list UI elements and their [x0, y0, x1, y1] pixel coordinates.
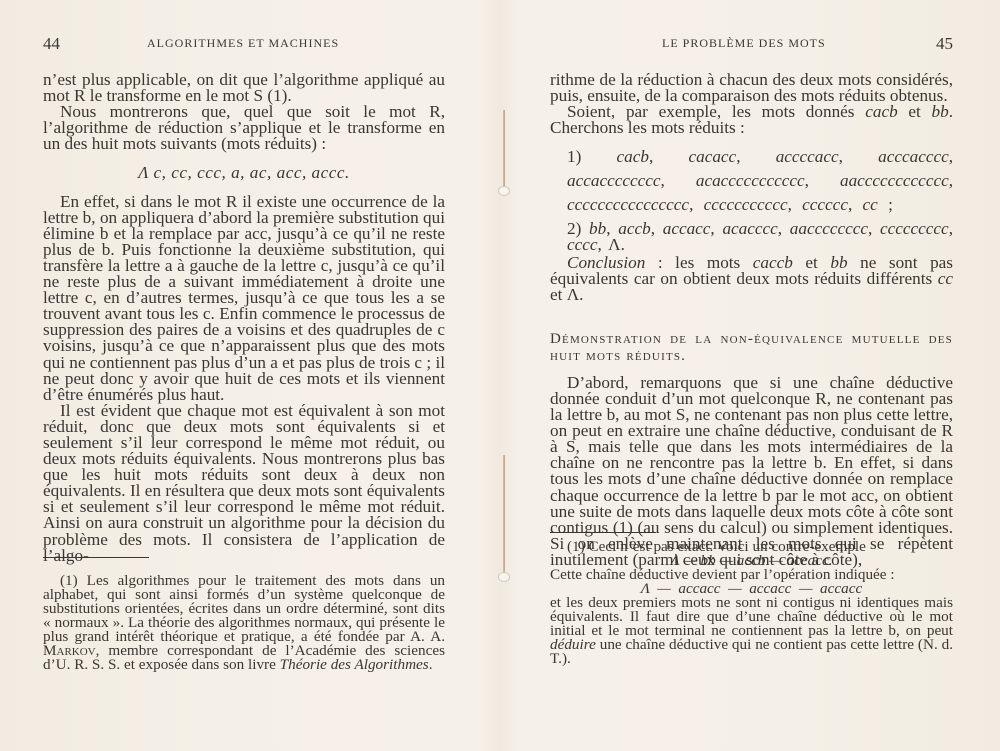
running-head: LE PROBLÈME DES MOTS: [662, 36, 826, 51]
right-body-text: rithme de la réduction à chacun des deux…: [550, 72, 953, 568]
word: acaccccccccccc: [696, 171, 805, 190]
word: acccacccc: [878, 147, 949, 166]
text: et: [908, 102, 920, 121]
left-page: 44 ALGORITHMES ET MACHINES n’est plus ap…: [0, 0, 500, 751]
footnote-text: et les deux premiers mots ne sont ni con…: [550, 594, 953, 639]
word: accb: [618, 219, 650, 238]
reduction-list-1: 1) cacb, cacacc, accccacc, acccacccc, ac…: [550, 145, 953, 217]
word: aacccccccccccc: [840, 171, 949, 190]
reduced-words-formula: Λ c, cc, ccc, a, ac, acc, accc.: [43, 165, 445, 181]
word: acacccc: [722, 219, 777, 238]
word: aacccccccc: [790, 219, 868, 238]
example-intro: Soient, par exemple, les mots donnés cac…: [550, 104, 953, 136]
footnote-end: .: [429, 656, 433, 673]
word: cacb: [617, 147, 649, 166]
word: cacb: [865, 102, 897, 121]
page-number: 44: [43, 34, 60, 54]
section-heading: Démonstration de la non-équivalence mutu…: [550, 331, 953, 365]
word: cacacc: [688, 147, 736, 166]
right-page: LE PROBLÈME DES MOTS 45 rithme de la réd…: [500, 0, 1000, 751]
footnote-paragraph: et les deux premiers mots ne sont ni con…: [550, 596, 953, 666]
word: ccccccccccc: [704, 195, 788, 214]
paragraph: En effet, si dans le mot R il existe une…: [43, 194, 445, 403]
running-head: ALGORITHMES ET MACHINES: [147, 36, 339, 51]
paragraph: Il est évident que chaque mot est équiva…: [43, 403, 445, 564]
word: cc: [938, 269, 953, 288]
reduction-list-2: 2) bb, accb, accacc, acacccc, aacccccccc…: [550, 221, 953, 253]
left-body-text: n’est plus applicable, on dit que l’algo…: [43, 72, 445, 564]
word: accacccccccc: [567, 171, 660, 190]
conclusion: Conclusion : les mots caccb et bb ne son…: [550, 255, 953, 303]
book-title: Théorie des Algorithmes: [280, 656, 429, 673]
book-spread: 44 ALGORITHMES ET MACHINES n’est plus ap…: [0, 0, 1000, 751]
word: ccccccccc: [880, 219, 949, 238]
page-number: 45: [936, 34, 953, 54]
word: accccacc: [776, 147, 839, 166]
word: cccccc: [802, 195, 848, 214]
footnote-text: Les algorithmes pour le traitement des m…: [43, 572, 445, 645]
paragraph: Nous montrerons que, quel que soit le mo…: [43, 104, 445, 152]
paragraph: rithme de la réduction à chacun des deux…: [550, 72, 953, 104]
paragraph: n’est plus applicable, on dit que l’algo…: [43, 72, 445, 104]
word: bb: [932, 102, 949, 121]
word: cc: [863, 195, 878, 214]
footnote-divider: [550, 532, 656, 533]
word: accacc: [663, 219, 711, 238]
footnote-divider: [43, 557, 149, 558]
footnote-text: une chaîne déductive qui ne contient pas…: [550, 636, 953, 667]
word: cccccccccccccccc: [567, 195, 689, 214]
footnote-marker: (1): [567, 538, 585, 555]
text: et Λ.: [550, 285, 583, 304]
right-footnote: (1) Ceci n’est pas exact. Voici un contr…: [550, 540, 953, 666]
left-footnote: (1) Les algorithmes pour le traitement d…: [43, 574, 445, 672]
list-label: 1): [567, 147, 581, 166]
